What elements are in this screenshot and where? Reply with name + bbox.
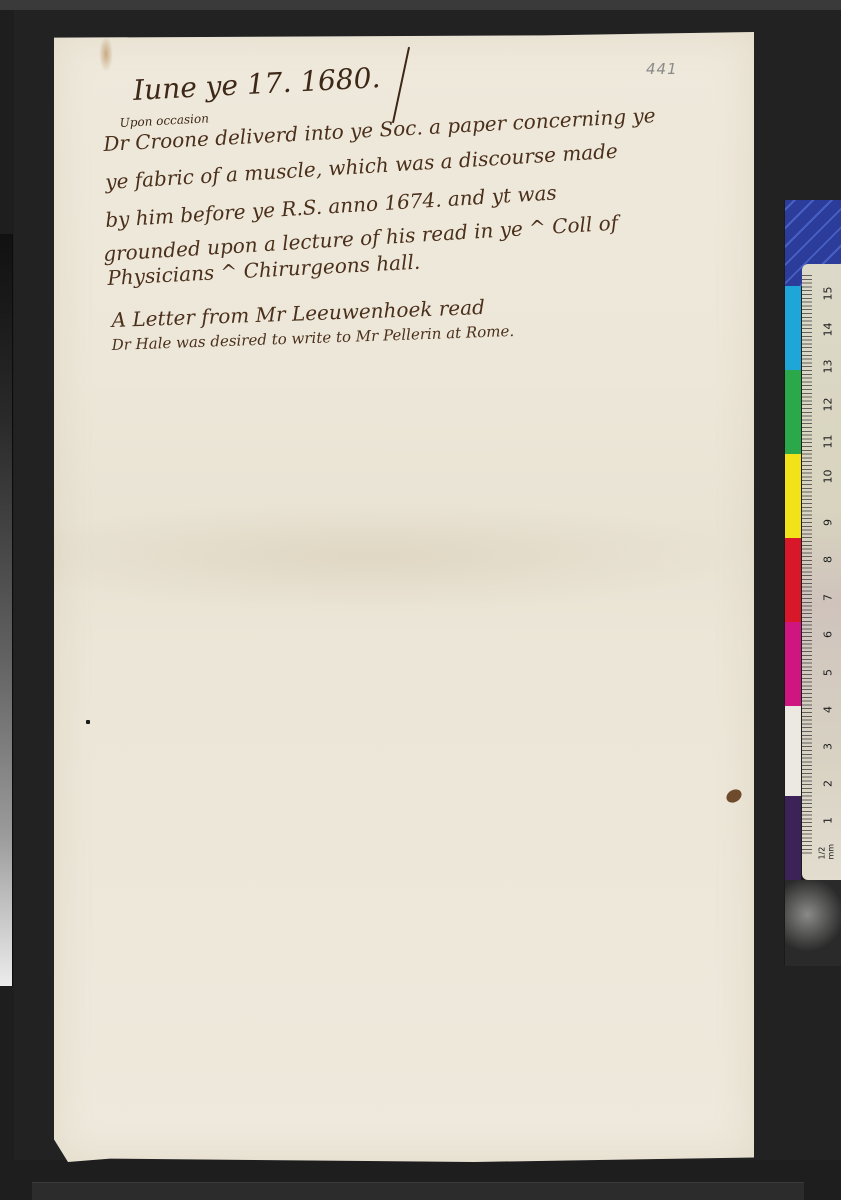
folio-number: 441 (646, 60, 678, 78)
ruler-ticks (802, 275, 812, 855)
water-stain (99, 36, 113, 72)
ruler-label: 4 (822, 702, 835, 718)
ink-blot (724, 787, 744, 805)
color-patch-magenta (785, 622, 801, 706)
ruler-label: 7 (822, 590, 835, 606)
color-patch-purple (785, 796, 801, 880)
silver-texture-patch (785, 880, 841, 966)
ruler-label: 10 (822, 469, 835, 485)
color-patch-yellow (785, 454, 801, 538)
ruler-label: 13 (822, 359, 835, 375)
ink-speck (86, 720, 90, 724)
ruler-unit-label: 1/2 mm (818, 831, 836, 860)
date-heading: Iune ye 17. 1680. (132, 61, 381, 107)
color-patch-green (785, 370, 801, 454)
ruler-label: 3 (822, 739, 835, 755)
top-mount-strip (0, 0, 841, 10)
ruler-label: 12 (822, 397, 835, 413)
ruler-label: 5 (822, 665, 835, 681)
ruler-label: 14 (822, 322, 835, 338)
color-patch-white (785, 706, 801, 796)
color-patch-cyan (785, 286, 801, 370)
color-patch-red (785, 538, 801, 622)
bottom-mount-board (32, 1182, 804, 1200)
manuscript-page: 441 Iune ye 17. 1680. Upon occasion Dr C… (54, 32, 754, 1162)
ruler-label: 6 (822, 627, 835, 643)
ruler-label: 15 (822, 286, 835, 302)
grayscale-calibration-strip (0, 234, 13, 986)
ruler-label: 11 (822, 434, 835, 450)
ruler-label: 8 (822, 552, 835, 568)
ruler-label: 9 (822, 515, 835, 531)
pen-stroke (392, 47, 410, 124)
fold-discoloration (54, 502, 754, 612)
ruler-label: 1 (822, 813, 835, 829)
ruler-label: 2 (822, 776, 835, 792)
